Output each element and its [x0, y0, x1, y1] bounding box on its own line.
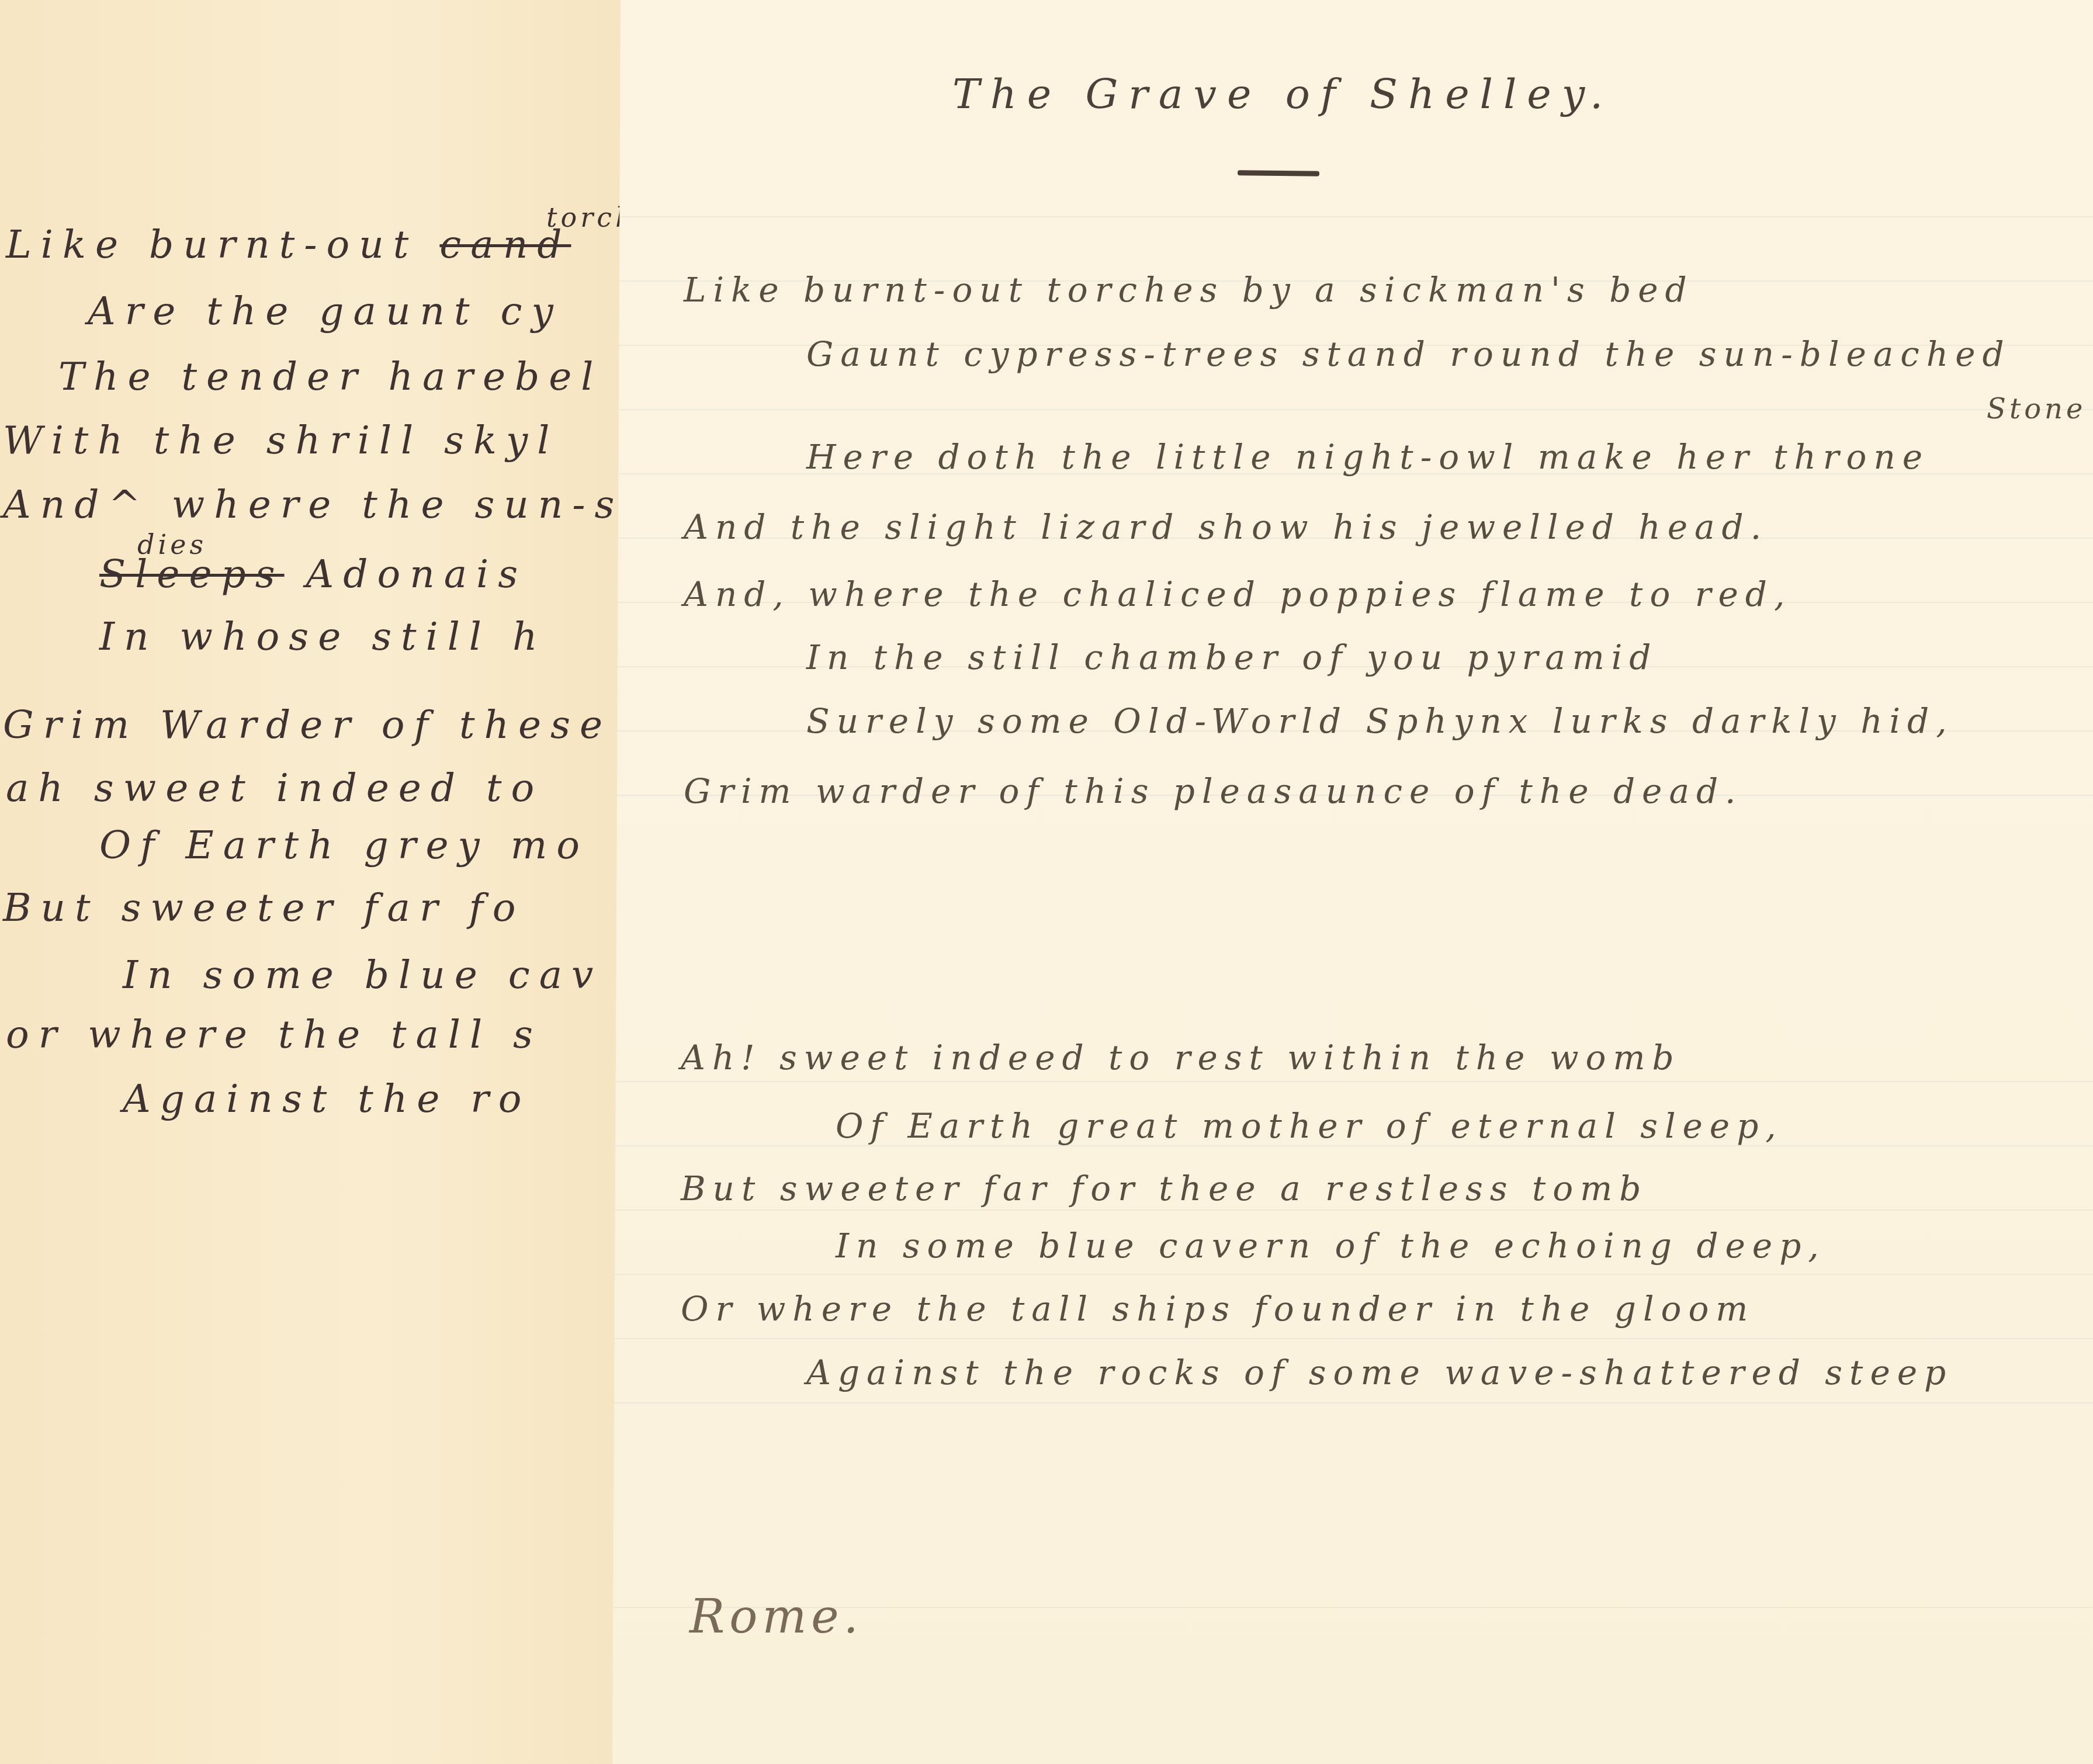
draft-line-12: In some blue cav [123, 952, 602, 997]
draft-line-8: Grim Warder of these [3, 702, 612, 747]
poem-line-10: Of Earth great mother of eternal sleep, [836, 1106, 1783, 1146]
ruled-line [612, 216, 2093, 217]
poem-line-4: And the slight lizard show his jewelled … [684, 507, 1768, 547]
poem-line-11: But sweeter far for thee a restless tomb [681, 1169, 1648, 1208]
draft-line-3: The tender harebel [58, 354, 602, 399]
draft-line-13: or where the tall s [6, 1012, 542, 1057]
poem-line-2-carryover: Stone [1987, 393, 2086, 425]
ruled-line [612, 1402, 2093, 1403]
poem-line-6: In the still chamber of you pyramid [806, 637, 1658, 677]
draft-line-14: Against the ro [123, 1076, 531, 1121]
draft-line-10: Of Earth grey mo [99, 823, 589, 868]
poem-line-1: Like burnt-out torches by a sickman's be… [684, 270, 1694, 310]
struck-word: cand [439, 222, 571, 267]
poem-title: The Grave of Shelley. [952, 70, 1613, 118]
title-underline [1238, 170, 1319, 176]
ruled-line [612, 409, 2093, 410]
place-of-writing: Rome. [689, 1589, 863, 1644]
ruled-line [612, 1209, 2093, 1211]
draft-line-5: And^ where the sun-s [3, 482, 623, 527]
poem-line-3: Here doth the little night-owl make her … [806, 437, 1929, 477]
poem-line-14: Against the rocks of some wave-shattered… [806, 1353, 1953, 1392]
draft-line-1: Like burnt-out cand [6, 222, 571, 267]
draft-line-9: ah sweet indeed to [6, 765, 543, 810]
draft-line-4: With the shrill skyl [3, 418, 559, 463]
fair-copy-manuscript-page [612, 0, 2093, 1764]
draft-line-6: Sleeps Adonais [99, 552, 527, 597]
poem-line-13: Or where the tall ships founder in the g… [681, 1289, 1755, 1329]
ruled-line [612, 1338, 2093, 1339]
poem-line-5: And, where the chaliced poppies flame to… [684, 574, 1791, 614]
draft-line-11: But sweeter far fo [3, 885, 525, 930]
poem-line-7: Surely some Old-World Sphynx lurks darkl… [806, 701, 1954, 741]
poem-line-2: Gaunt cypress-trees stand round the sun-… [806, 334, 2011, 374]
poem-line-9: Ah! sweet indeed to rest within the womb [681, 1038, 1681, 1077]
draft-line-7: In whose still h [99, 614, 546, 659]
poem-line-12: In some blue cavern of the echoing deep, [836, 1226, 1826, 1266]
draft-line-2: Are the gaunt cy [88, 289, 563, 334]
ruled-line [612, 1081, 2093, 1082]
draft-manuscript-page: torche Like burnt-out cand Are the gaunt… [0, 0, 625, 1764]
poem-line-8: Grim warder of this pleasaunce of the de… [684, 771, 1743, 811]
ruled-line [612, 1274, 2093, 1275]
struck-word: Sleeps [99, 552, 285, 597]
